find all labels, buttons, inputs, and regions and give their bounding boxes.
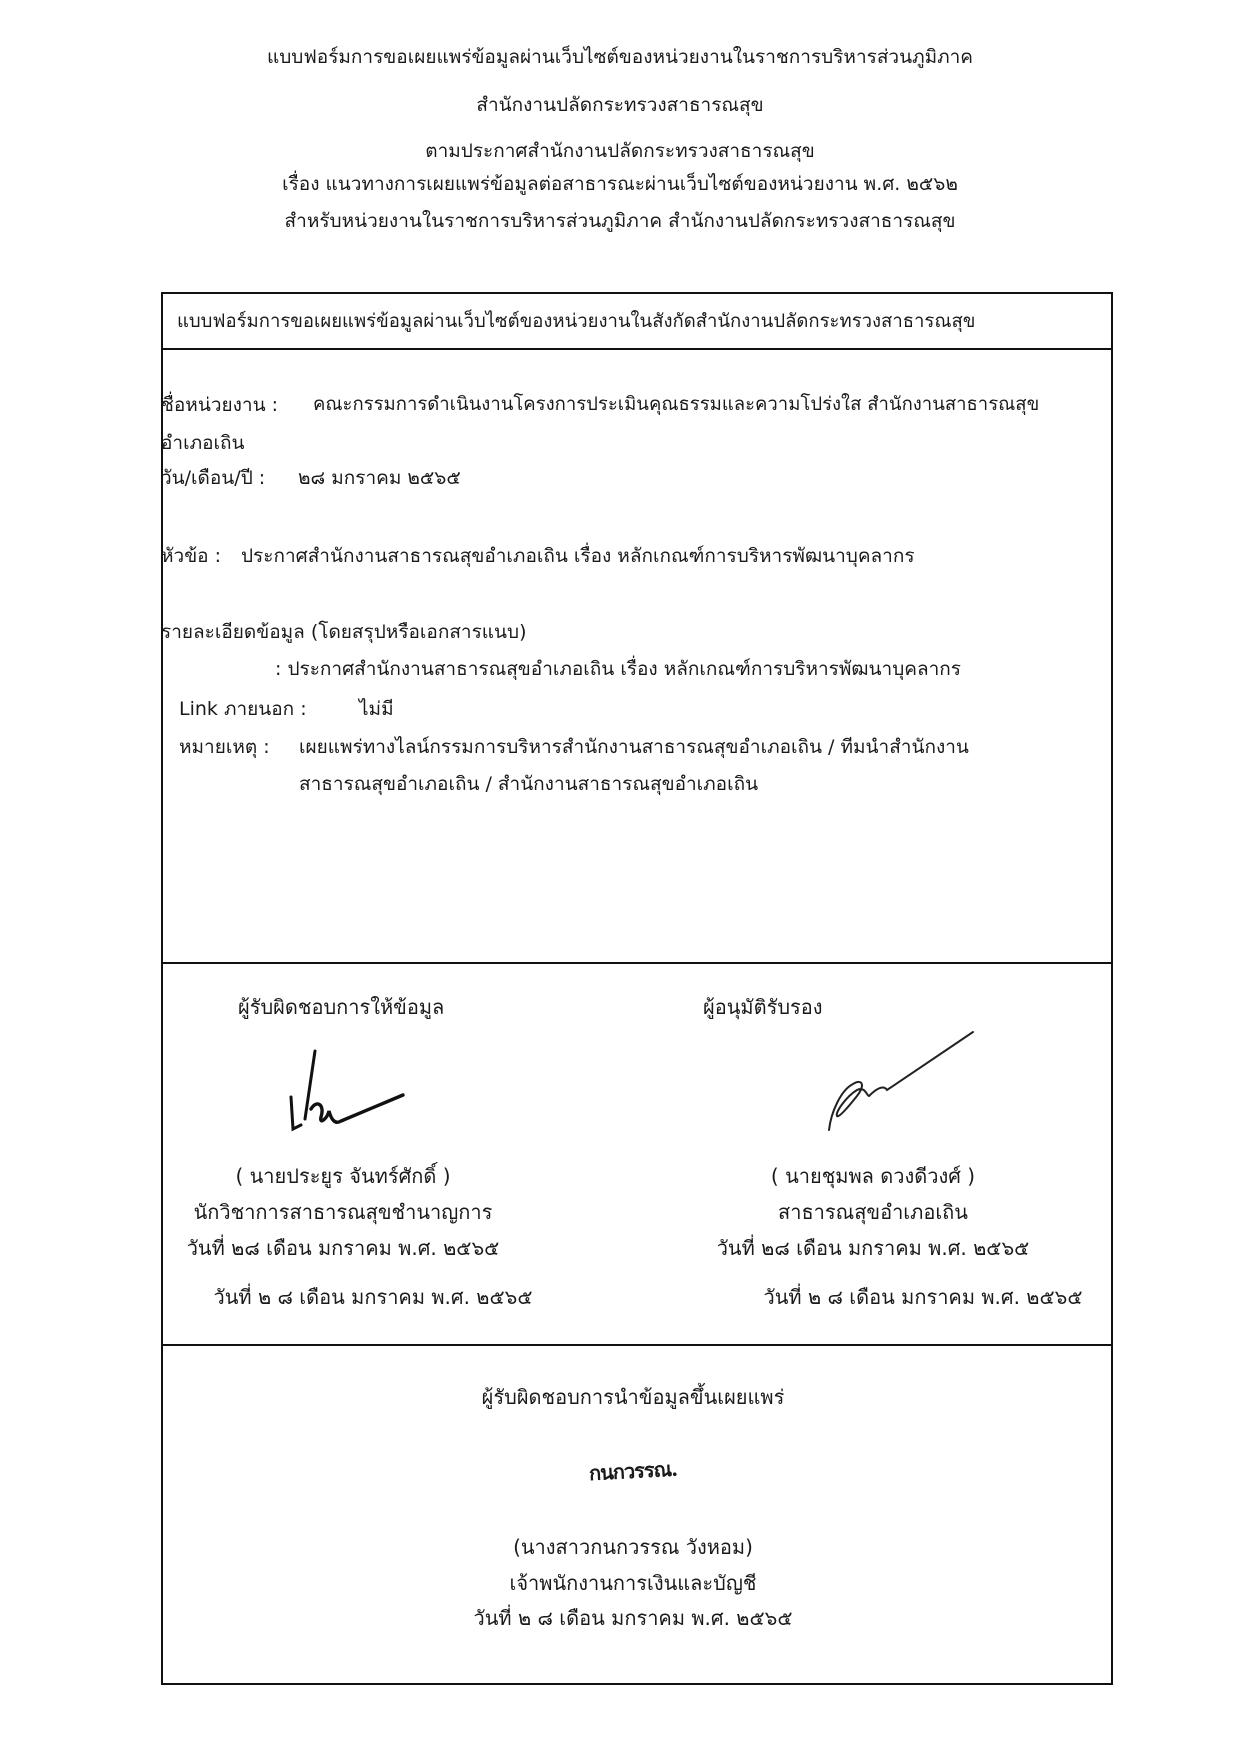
header-line-1: แบบฟอร์มการขอเผยแพร่ข้อมูลผ่านเว็บไซต์ขอ… <box>0 44 1240 70</box>
link-label: Link ภายนอก : <box>179 696 307 722</box>
unit-value-cont: อำเภอเถิน <box>161 430 245 456</box>
header-line-3: ตามประกาศสำนักงานปลัดกระทรวงสาธารณสุข <box>0 138 1240 164</box>
date-label: วัน/เดือน/ปี : <box>161 465 265 491</box>
provider-signed-date: วันที่ ๒๘ เดือน มกราคม พ.ศ. ๒๕๖๕ <box>173 1235 513 1261</box>
note-value: เผยแพร่ทางไลน์กรรมการบริหารสำนักงานสาธาร… <box>299 734 969 760</box>
note-label: หมายเหตุ : <box>179 734 270 760</box>
form-table: แบบฟอร์มการขอเผยแพร่ข้อมูลผ่านเว็บไซต์ขอ… <box>161 292 1113 1685</box>
approver-role-heading: ผู้อนุมัติรับรอง <box>703 994 953 1020</box>
provider-name: ( นายประยูร จันทร์ศักดิ์ ) <box>183 1163 503 1189</box>
approver-name: ( นายชุมพล ดวงดีวงศ์ ) <box>723 1163 1023 1189</box>
provider-signature <box>283 1049 423 1139</box>
divider-title <box>163 348 1111 350</box>
approver-signed-date: วันที่ ๒๘ เดือน มกราคม พ.ศ. ๒๕๖๕ <box>703 1235 1043 1261</box>
topic-value: ประกาศสำนักงานสาธารณสุขอำเภอเถิน เรื่อง … <box>241 543 915 569</box>
header-line-4: เรื่อง แนวทางการเผยแพร่ข้อมูลต่อสาธารณะผ… <box>0 171 1240 197</box>
topic-label: หัวข้อ : <box>161 543 221 569</box>
provider-position: นักวิชาการสาธารณสุขชำนาญการ <box>183 1199 503 1225</box>
divider-signatures <box>163 1344 1111 1346</box>
publisher-name: (นางสาวกนกวรรณ วังหอม) <box>463 1534 803 1560</box>
form-title: แบบฟอร์มการขอเผยแพร่ข้อมูลผ่านเว็บไซต์ขอ… <box>177 309 975 335</box>
approver-position: สาธารณสุขอำเภอเถิน <box>723 1199 1023 1225</box>
publisher-signature: กนกวรรณ. <box>502 1451 763 1491</box>
unit-label: ชื่อหน่วยงาน : <box>161 392 278 418</box>
detail-value: : ประกาศสำนักงานสาธารณสุขอำเภอเถิน เรื่อ… <box>275 656 961 682</box>
approver-form-date: วันที่ ๒ ๘ เดือน มกราคม พ.ศ. ๒๕๖๕ <box>733 1284 1113 1310</box>
provider-role-heading: ผู้รับผิดชอบการให้ข้อมูล <box>213 994 558 1020</box>
unit-value: คณะกรรมการดำเนินงานโครงการประเมินคุณธรรม… <box>313 392 1039 418</box>
publisher-form-date: วันที่ ๒ ๘ เดือน มกราคม พ.ศ. ๒๕๖๕ <box>433 1605 833 1631</box>
header-line-5: สำหรับหน่วยงานในราชการบริหารส่วนภูมิภาค … <box>0 208 1240 234</box>
note-value-cont: สาธารณสุขอำเภอเถิน / สำนักงานสาธารณสุขอำ… <box>299 771 758 797</box>
date-value: ๒๘ มกราคม ๒๕๖๕ <box>298 465 461 491</box>
approver-signature <box>823 1024 983 1134</box>
publisher-role-heading: ผู้รับผิดชอบการนำข้อมูลขึ้นเผยแพร่ <box>443 1384 823 1410</box>
provider-form-date: วันที่ ๒ ๘ เดือน มกราคม พ.ศ. ๒๕๖๕ <box>193 1284 553 1310</box>
link-value: ไม่มี <box>359 696 394 722</box>
header-line-2: สำนักงานปลัดกระทรวงสาธารณสุข <box>0 92 1240 118</box>
publisher-position: เจ้าพนักงานการเงินและบัญชี <box>463 1570 803 1596</box>
divider-details <box>163 962 1111 964</box>
detail-label: รายละเอียดข้อมูล (โดยสรุปหรือเอกสารแนบ) <box>161 619 527 645</box>
